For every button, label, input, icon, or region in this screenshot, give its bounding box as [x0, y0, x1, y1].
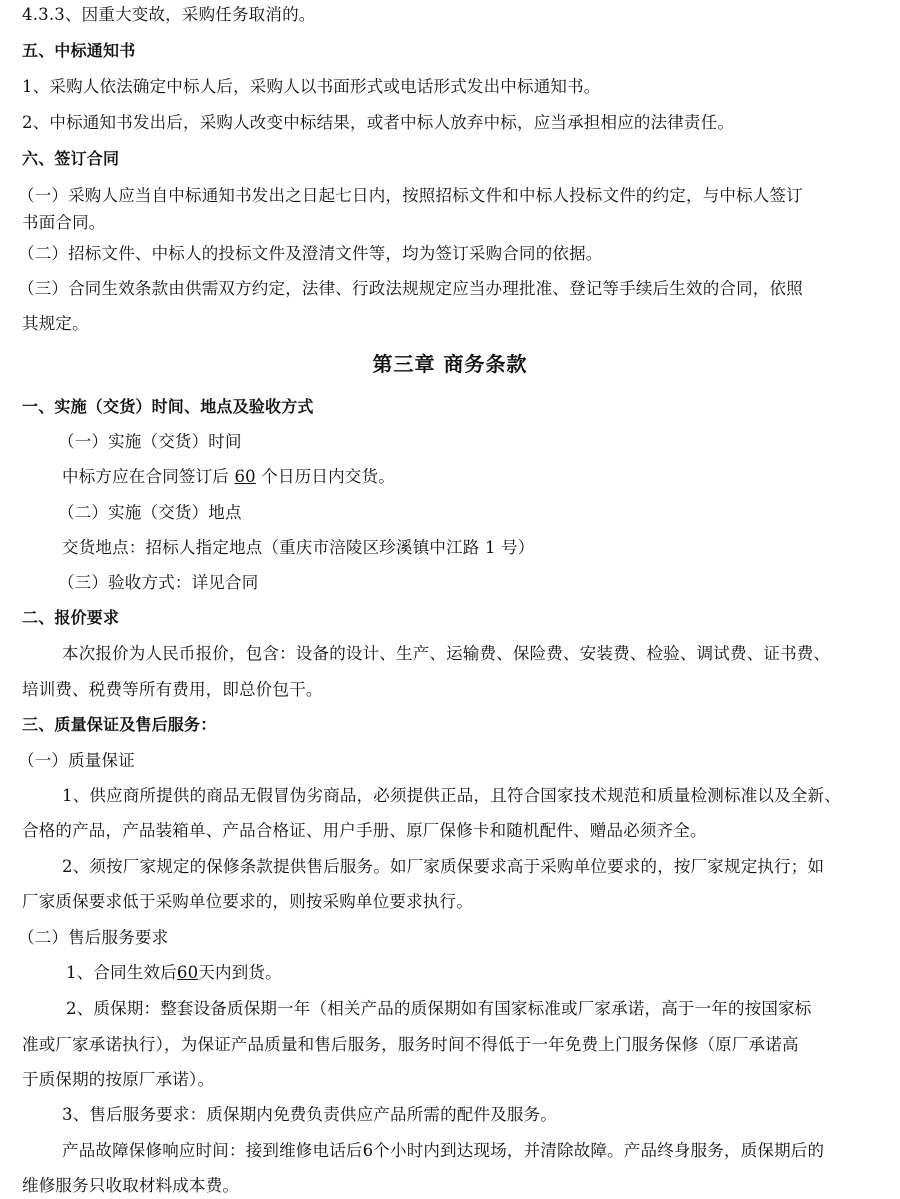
paragraph-response-time-line1: 产品故障保修响应时间：接到维修电话后6个小时内到达现场，并清除故障。产品终身服务…	[62, 1140, 824, 1162]
paragraph-contract-3-line1: （三）合同生效条款由供需双方约定，法律、行政法规规定应当办理批准、登记等手续后生…	[18, 278, 803, 300]
section-heading-award-notice: 五、中标通知书	[22, 40, 135, 62]
paragraph-quality-2-line2: 厂家质保要求低于采购单位要求的，则按采购单位要求执行。	[22, 891, 473, 913]
section-heading-sign-contract: 六、签订合同	[22, 148, 119, 170]
paragraph-delivery-place: 交货地点：招标人指定地点（重庆市涪陵区珍溪镇中江路 1 号）	[62, 537, 535, 559]
section-heading-quality: 三、质量保证及售后服务：	[22, 714, 216, 736]
paragraph-after-sales-1: 1、合同生效后60天内到货。	[66, 962, 282, 984]
paragraph-warranty-line2: 准或厂家承诺执行），为保证产品质量和售后服务，服务时间不得低于一年免费上门服务保…	[22, 1034, 799, 1056]
subheading-after-sales: （二）售后服务要求	[18, 927, 168, 949]
paragraph-award-notice-1: 1、采购人依法确定中标人后，采购人以书面形式或电话形式发出中标通知书。	[22, 76, 601, 98]
paragraph-contract-2: （二）招标文件、中标人的投标文件及澄清文件等，均为签订采购合同的依据。	[18, 243, 603, 265]
paragraph-quality-2-line1: 2、须按厂家规定的保修条款提供售后服务。如厂家质保要求高于采购单位要求的，按厂家…	[62, 856, 824, 878]
subheading-quality-guarantee: （一）质量保证	[18, 750, 135, 772]
arrival-days-value: 60	[177, 963, 198, 982]
paragraph-award-notice-2: 2、中标通知书发出后，采购人改变中标结果，或者中标人放弃中标，应当承担相应的法律…	[22, 112, 734, 134]
section-heading-quote: 二、报价要求	[22, 607, 119, 629]
paragraph-quote-line2: 培训费、税费等所有费用，即总价包干。	[22, 679, 323, 701]
subheading-delivery-time: （一）实施（交货）时间	[58, 431, 242, 453]
paragraph-contract-1-line1: （一）采购人应当自中标通知书发出之日起七日内，按照招标文件和中标人投标文件的约定…	[18, 185, 803, 207]
paragraph-quality-1-line2: 合格的产品，产品装箱单、产品合格证、用户手册、原厂保修卡和随机配件、赠品必须齐全…	[22, 820, 707, 842]
paragraph-warranty-line3: 于质保期的按原厂承诺）。	[22, 1069, 214, 1091]
paragraph-delivery-time: 中标方应在合同签订后 60 个日历日内交货。	[62, 466, 395, 488]
clause-4-3-3: 4.3.3、因重大变故，采购任务取消的。	[22, 4, 315, 26]
document-page: 4.3.3、因重大变故，采购任务取消的。 五、中标通知书 1、采购人依法确定中标…	[0, 0, 900, 1199]
after-sales-1-post: 天内到货。	[198, 963, 282, 982]
paragraph-contract-3-line2: 其规定。	[22, 313, 89, 335]
chapter-title: 第三章 商务条款	[0, 351, 900, 377]
paragraph-after-sales-3: 3、售后服务要求：质保期内免费负责供应产品所需的配件及服务。	[62, 1104, 557, 1126]
delivery-time-pre: 中标方应在合同签订后	[62, 467, 234, 486]
delivery-days-value: 60	[234, 467, 255, 486]
paragraph-quote-line1: 本次报价为人民币报价，包含：设备的设计、生产、运输费、保险费、安装费、检验、调试…	[62, 643, 830, 665]
after-sales-1-pre: 1、合同生效后	[66, 963, 177, 982]
paragraph-warranty-line1: 2、质保期：整套设备质保期一年（相关产品的质保期如有国家标准或厂家承诺，高于一年…	[66, 998, 812, 1020]
subheading-acceptance: （三）验收方式：详见合同	[58, 572, 258, 594]
paragraph-contract-1-line2: 书面合同。	[22, 212, 106, 234]
subheading-delivery-place: （二）实施（交货）地点	[58, 502, 242, 524]
paragraph-response-time-line2: 维修服务只收取材料成本费。	[22, 1175, 239, 1197]
delivery-time-post: 个日历日内交货。	[256, 467, 395, 486]
section-heading-delivery: 一、实施（交货）时间、地点及验收方式	[22, 396, 314, 418]
paragraph-quality-1-line1: 1、供应商所提供的商品无假冒伪劣商品，必须提供正品，且符合国家技术规范和质量检测…	[62, 785, 841, 807]
